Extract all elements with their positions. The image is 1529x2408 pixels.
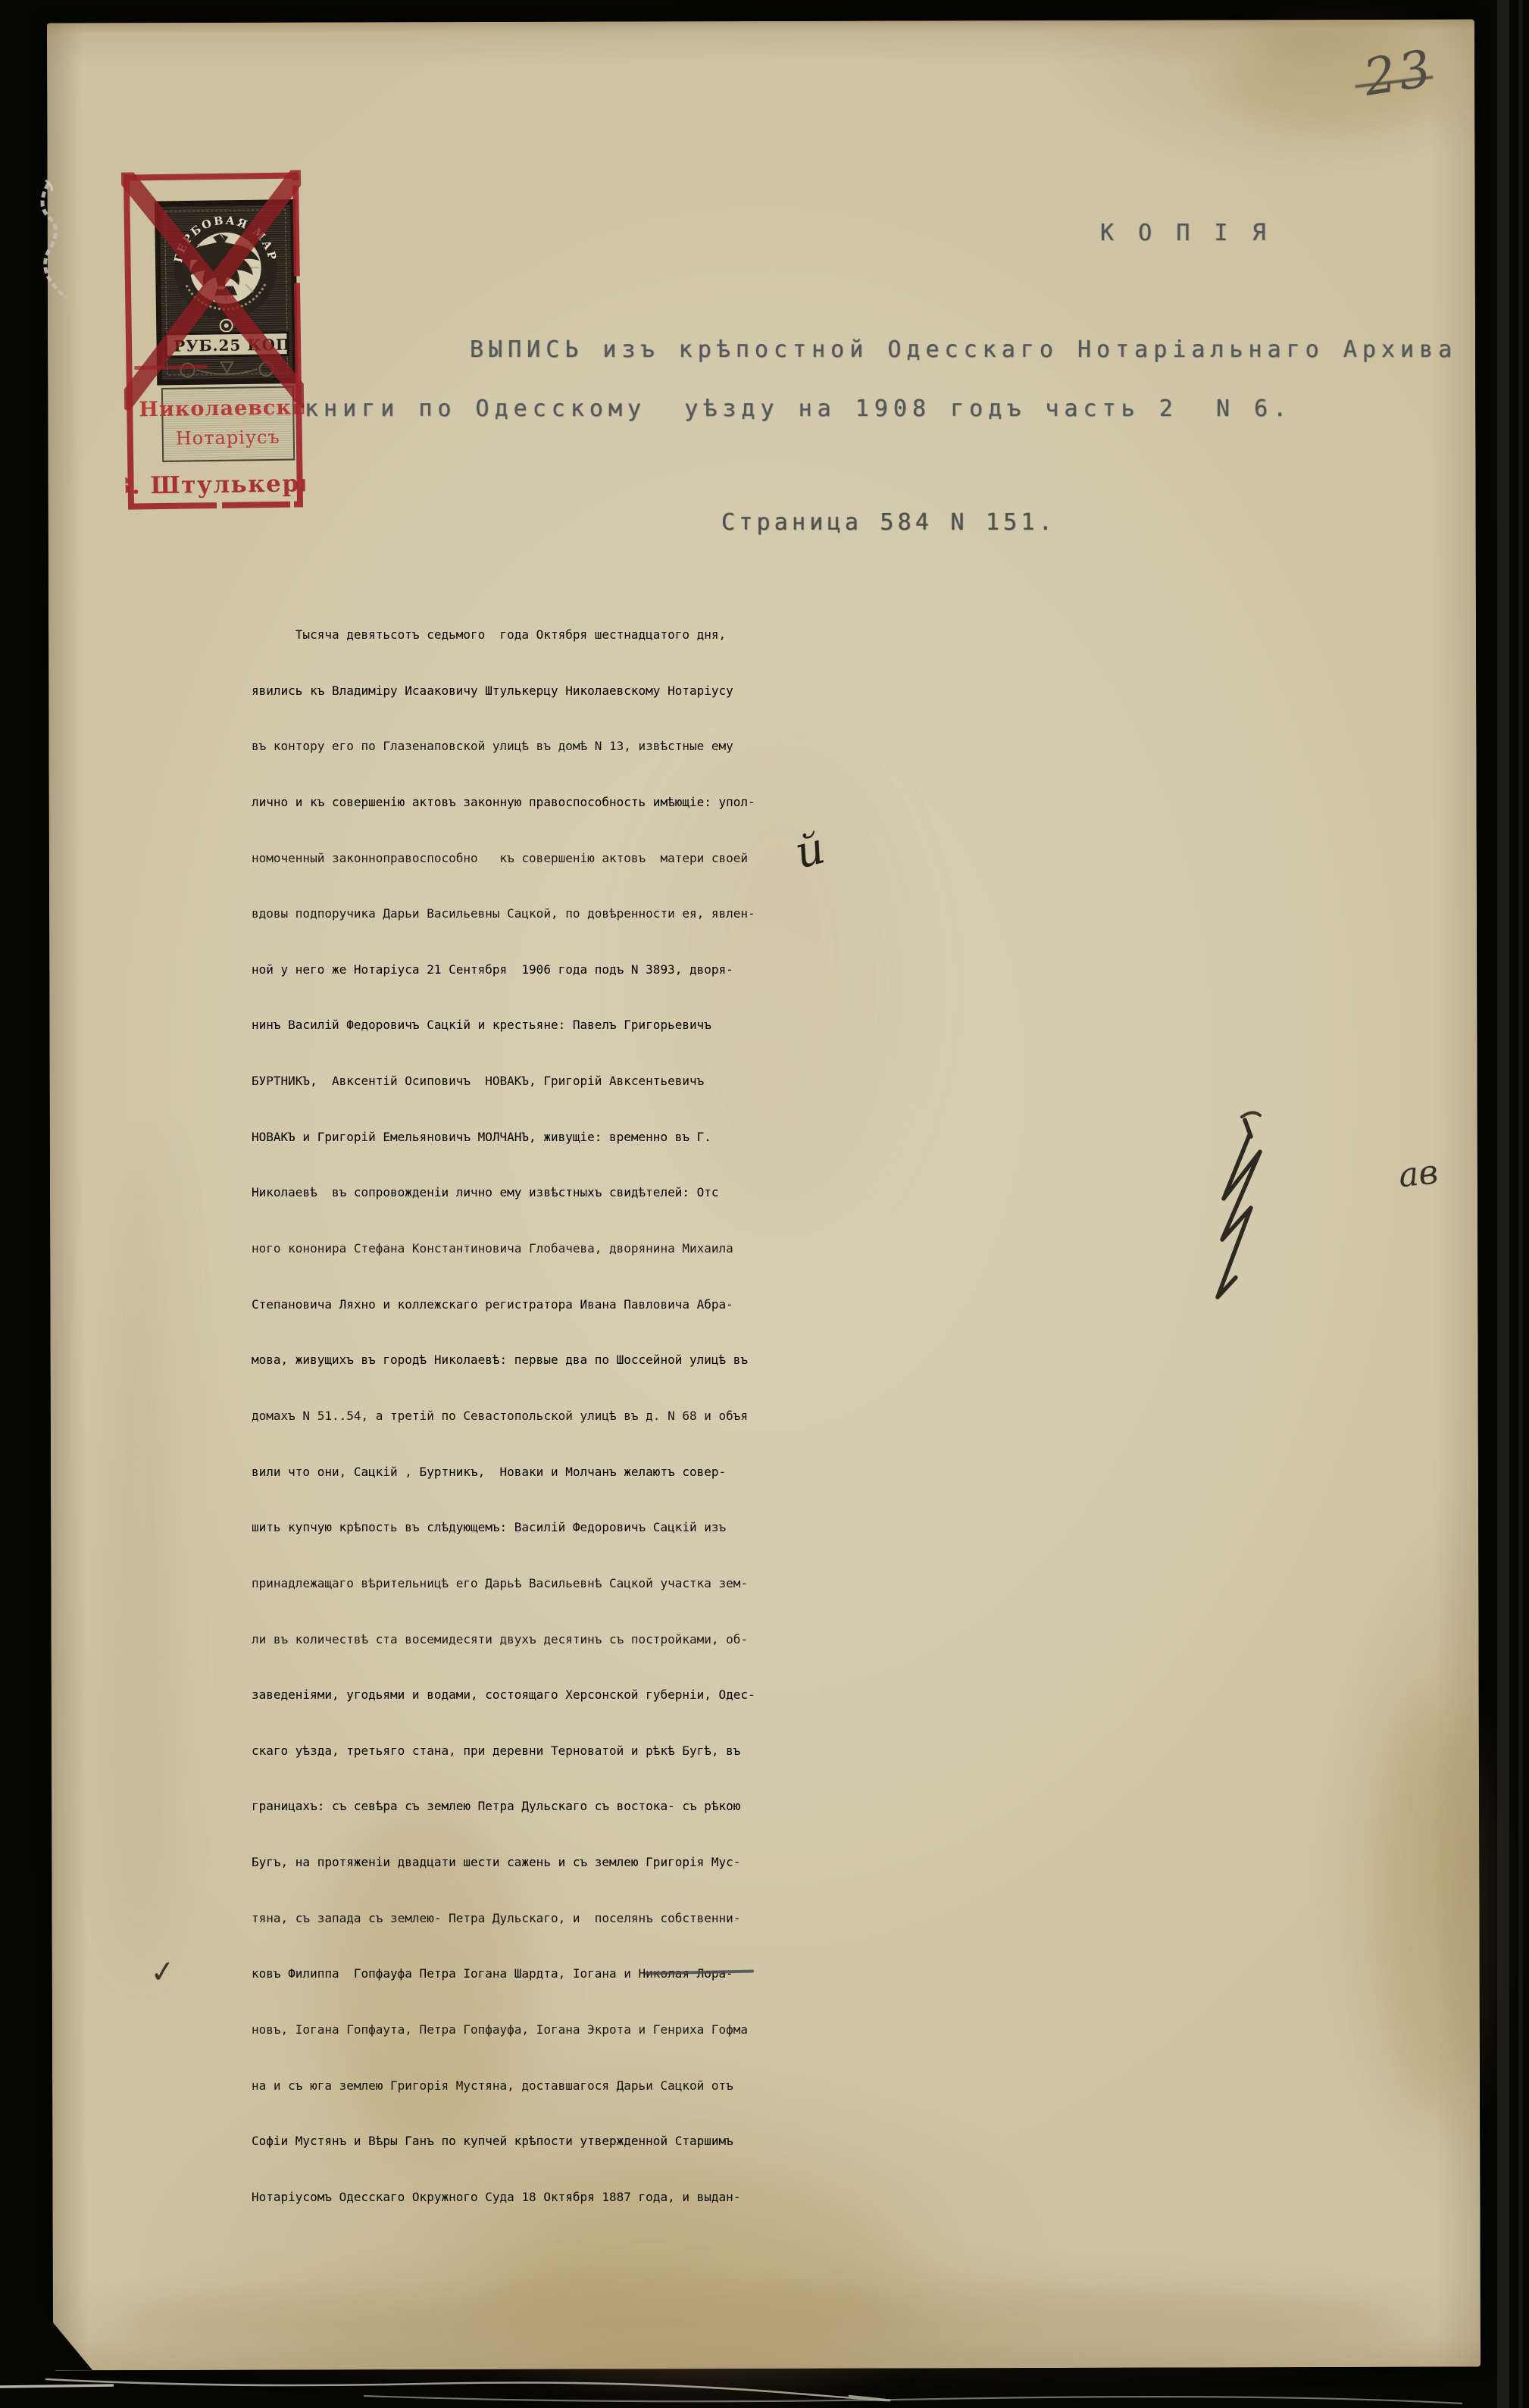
typed-line: Николаевѣ въ сопровожденіи лично ему изв… [252,1165,1509,1221]
overprint-name: В. Штулькерцъ [121,470,305,500]
typed-line: принадлежащаго вѣрительницѣ его Дарьѣ Ва… [252,1556,1509,1612]
typed-line: тяна, съ запада съ землею- Петра Дульска… [252,1890,1509,1947]
scanned-document-page: 23 К О П І Я ВЫПИСЬ изъ крѣпостной Одесс… [0,0,1529,2408]
typed-line: мова, живущихъ въ городѣ Николаевѣ: перв… [252,1332,1509,1388]
typed-line: Степановича Ляхно и коллежскаго регистра… [252,1277,1509,1333]
typed-line: вдовы подпоручика Дарьи Васильевны Сацко… [252,886,1509,942]
typed-line: лично и къ совершенію актовъ законную пр… [252,774,1509,830]
handwritten-addition: ав [1396,1152,1440,1195]
binding-thread [23,179,83,308]
typed-line: номоченный законноправоспособно къ совер… [252,830,1509,887]
book-edge-shadow [1518,0,1523,2408]
typed-line: нинъ Василій Федоровичъ Сацкій и крестья… [252,997,1509,1053]
margin-checkmark: ✓ [149,1953,177,1991]
typed-line: на и съ юга землею Григорія Мустяна, дос… [252,2058,1509,2114]
typed-line: ли въ количествѣ ста восемидесяти двухъ … [252,1612,1509,1668]
typed-line: Нотаріусомъ Одесскаго Окружного Суда 18 … [252,2169,1509,2225]
ink-scribble [1178,1106,1299,1341]
typed-line: заведеніями, угодьями и водами, состояща… [252,1667,1509,1723]
typed-line: новъ, Іогана Гопфаута, Петра Гопфауфа, І… [252,2002,1509,2058]
revenue-stamp: ГЕРБОВАЯ МАРКА 1 РУБ.25 КОП. Николаевскі… [121,170,305,511]
typed-line: НОВАКЪ и Григорій Емельяновичъ МОЛЧАНЪ, … [252,1109,1509,1165]
typed-line: въ контору его по Глазенаповской улицѣ в… [252,718,1509,774]
under-pages-edges [0,2363,1529,2408]
page-reference: Страница 584 N 151. [721,509,1056,536]
title-line-1: ВЫПИСЬ изъ крѣпостной Одесскаго Нотаріал… [470,336,1457,363]
typed-line: ной у него же Нотаріуса 21 Сентября 1906… [252,942,1509,998]
handwritten-page-number: 23 [1360,39,1438,107]
typed-line: границахъ: съ севѣра съ землею Петра Дул… [252,1778,1509,1834]
overprint-title: Нотаріусъ [176,427,280,449]
typed-line: Софіи Мустянъ и Вѣры Ганъ по купчей крѣп… [252,2113,1509,2169]
typed-line: шить купчую крѣпость въ слѣдующемъ: Васи… [252,1500,1509,1556]
typed-line: скаго уѣзда, третьяго стана, при деревни… [252,1723,1509,1779]
typed-line: Тысяча девятьсотъ седьмого года Октября … [252,607,1509,663]
typed-line: явились къ Владиміру Исааковичу Штулькер… [252,663,1509,719]
copy-heading: К О П І Я [1100,220,1271,246]
document-body-text: Тысяча девятьсотъ седьмого года Октября … [252,607,1509,2225]
title-line-2: книги по Одесскому уѣзду на 1908 годъ ча… [305,396,1292,422]
typed-line: БУРТНИКЪ, Авксентій Осиповичъ НОВАКЪ, Гр… [252,1053,1509,1109]
typed-line: домахъ N 51..54, а третій по Севастополь… [252,1388,1509,1444]
typed-line: Бугъ, на протяженіи двадцати шести сажен… [252,1834,1509,1890]
typed-line: ного кононира Стефана Константиновича Гл… [252,1221,1509,1277]
typed-line: ковъ Филиппа Гопфауфа Петра Іогана Шардт… [252,1946,1509,2002]
typed-line: вили что они, Сацкій , Буртникъ, Новаки … [252,1444,1509,1500]
overprint-city: Николаевскій [139,396,305,421]
notary-overprint: Николаевскій Нотаріусъ В. Штулькерцъ [121,396,305,500]
